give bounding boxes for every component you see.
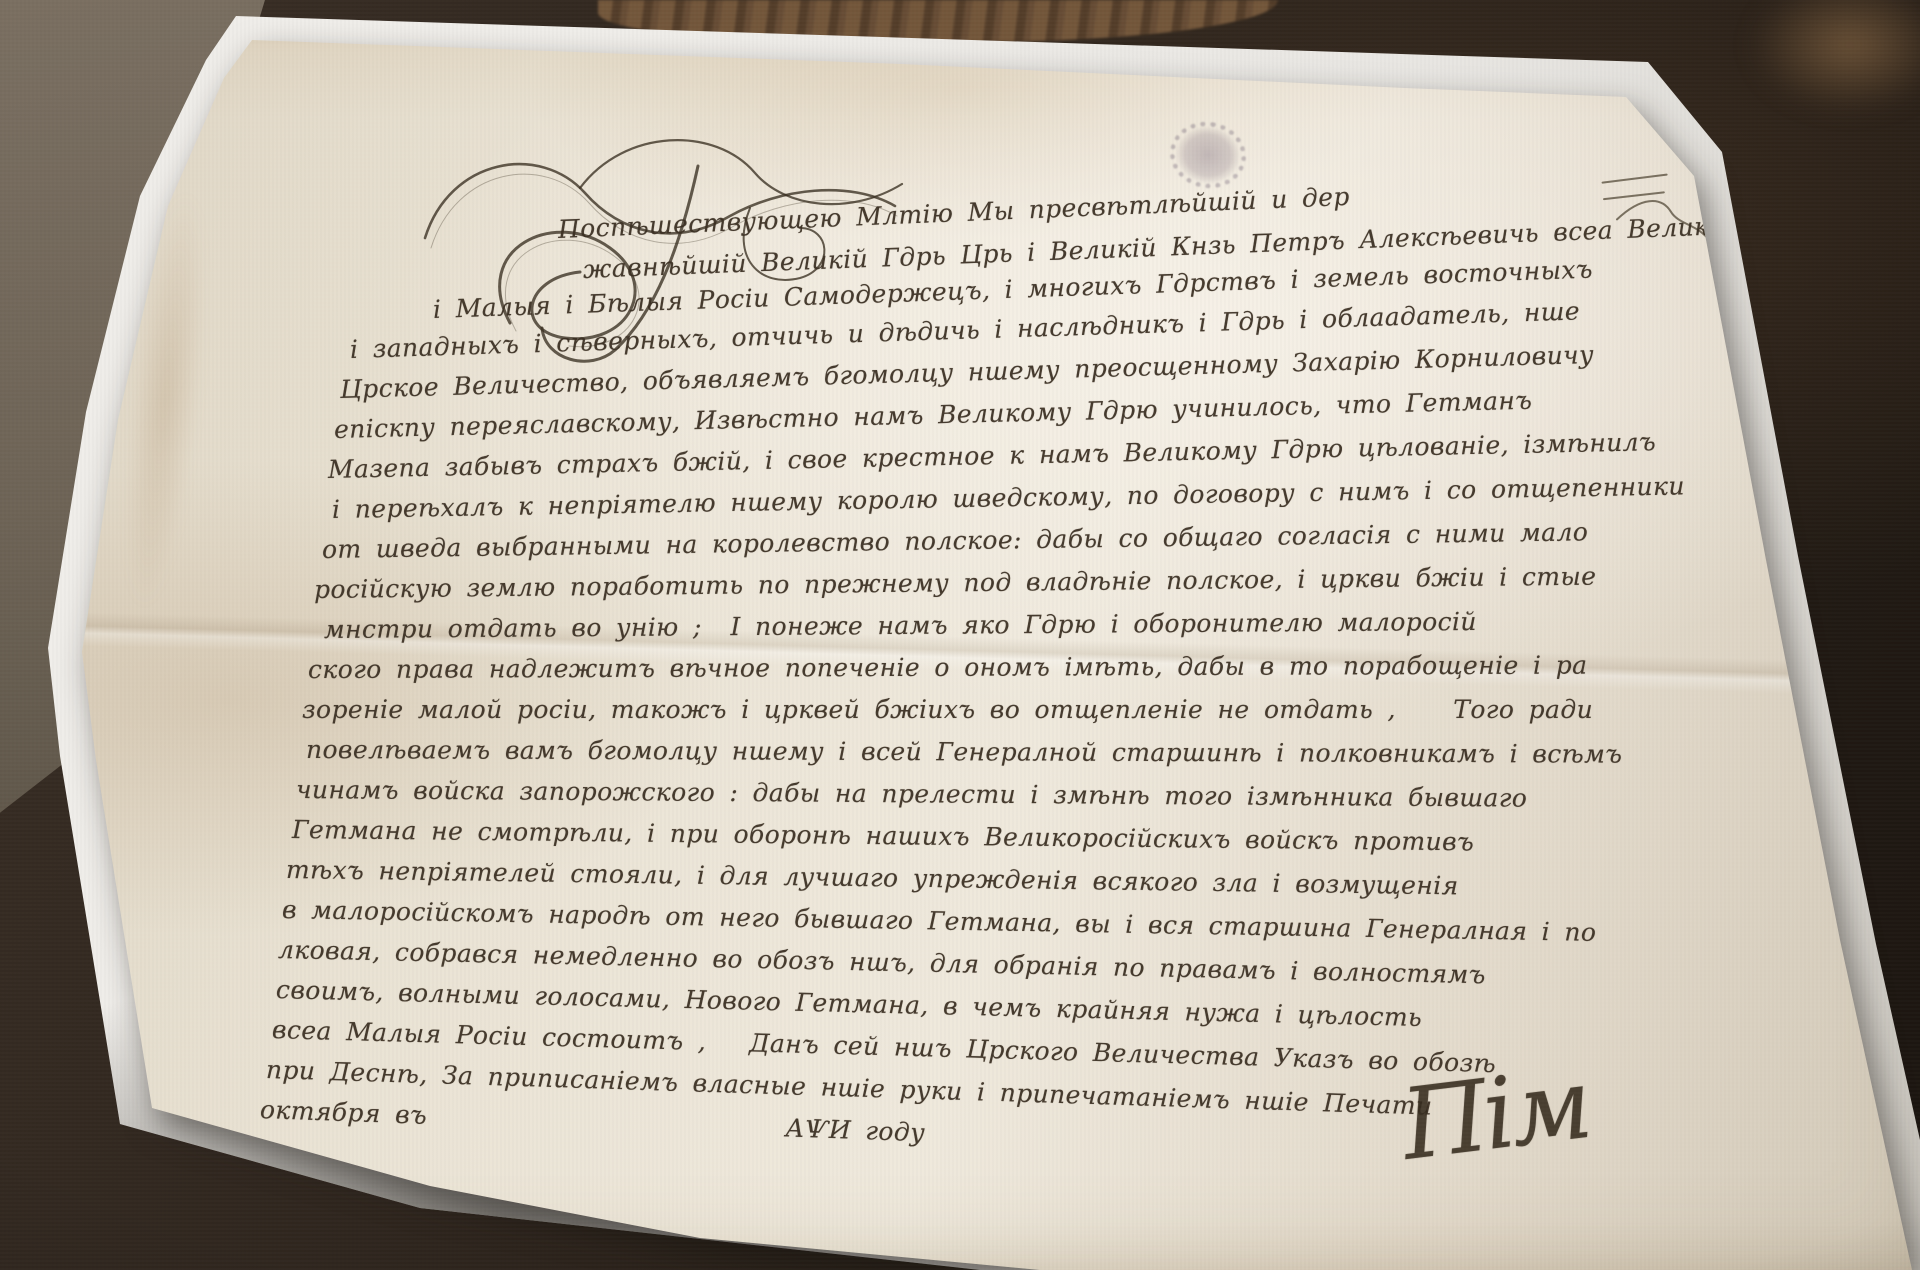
manuscript-line: ского права надлежитъ вѣчное попеченіе о… xyxy=(308,645,1738,690)
paper-stain xyxy=(91,117,239,683)
museum-photo: Поспѣшествующею Млтію Мы пресвѣтлѣйшій и… xyxy=(0,0,1920,1270)
manuscript-text: Поспѣшествующею Млтію Мы пресвѣтлѣйшій и… xyxy=(238,210,1738,1130)
manuscript-line: зореніе малой росіи, такожъ і црквей бжі… xyxy=(302,690,1738,730)
manuscript-line: повелѣваемъ вамъ бгомолцу ншему і всей Г… xyxy=(306,730,1738,775)
manuscript-line: мнстри отдать во унію ; І понеже намъ як… xyxy=(324,600,1738,650)
manuscript-sheet: Поспѣшествующею Млтію Мы пресвѣтлѣйшій и… xyxy=(0,0,1920,1270)
manuscript-sheet-wrapper: Поспѣшествующею Млтію Мы пресвѣтлѣйшій и… xyxy=(0,0,1920,1270)
tsar-signature: Пім xyxy=(1396,1047,1595,1183)
